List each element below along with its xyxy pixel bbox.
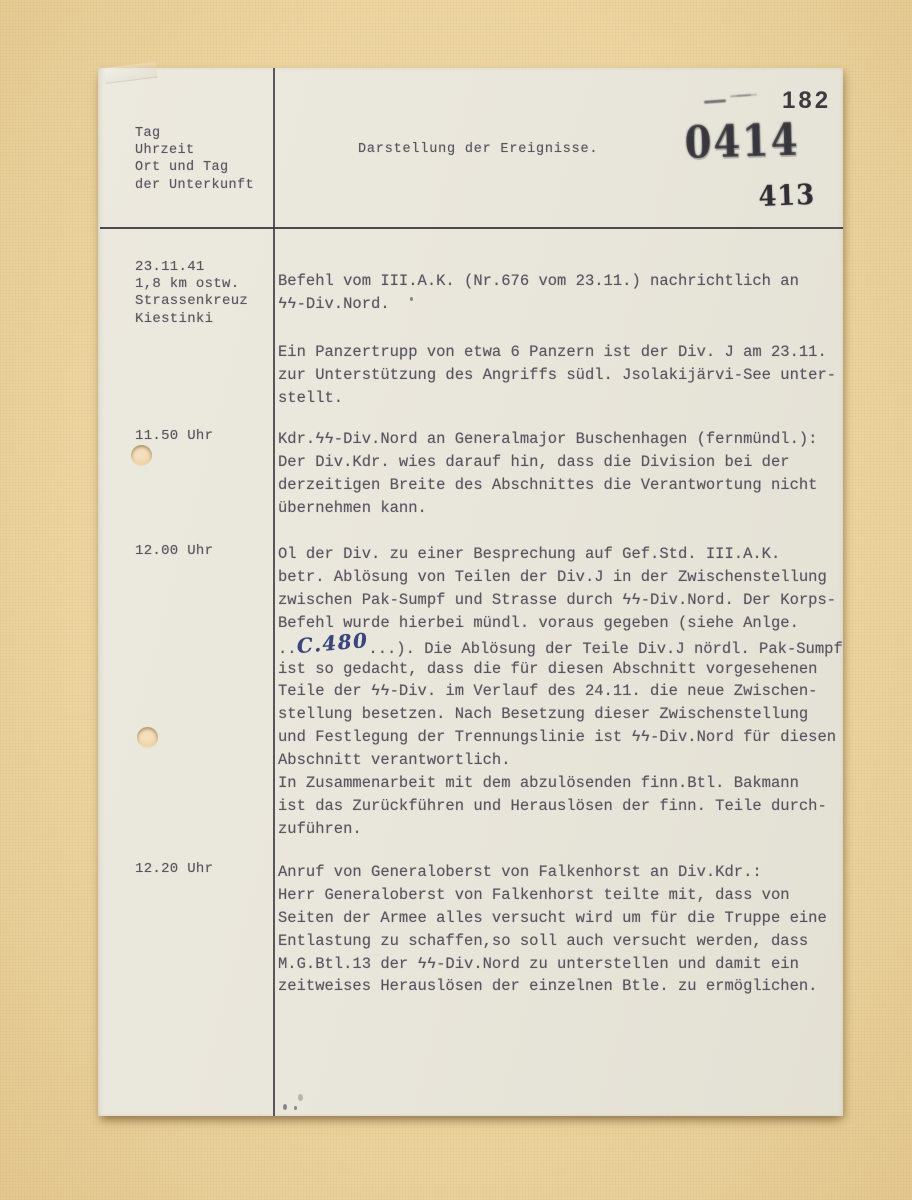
text-line: Entlastung zu schaffen,so soll auch vers… [278,930,827,953]
text-line: Kiestinki [135,311,248,328]
entry-date-location: 23.11.411,8 km ostw.StrassenkreuzKiestin… [135,259,248,328]
text-line: M.G.Btl.13 der ϟϟ-Div.Nord zu unterstell… [278,953,827,976]
punch-hole-top [131,445,152,466]
text-line: Tag [135,125,254,142]
text-line: zur Unterstützung des Angriffs südl. Jso… [278,364,836,387]
text-line: Ort und Tag [135,159,254,176]
entry-time: 11.50 Uhr [135,428,213,445]
entry-text: Befehl vom III.A.K. (Nr.676 vom 23.11.) … [278,270,799,316]
entry-text: Ein Panzertrupp von etwa 6 Panzern ist d… [278,341,836,410]
text-line: 1,8 km ostw. [135,276,248,293]
column-header-left: TagUhrzeitOrt und Tagder Unterkunft [135,125,254,194]
entry-text: Anruf von Generaloberst von Falkenhorst … [278,861,827,998]
text-line: betr. Ablösung von Teilen der Div.J in d… [278,566,836,589]
text-line: Teile der ϟϟ-Div. im Verlauf des 24.11. … [278,680,836,703]
text-line: ist das Zurückführen und Herauslösen der… [278,795,836,818]
page-number: 182 [782,87,831,115]
handwritten-annex-number: C.480 [295,629,369,658]
ink-speck [283,1104,287,1110]
text-line: zwischen Pak-Sumpf und Strasse durch ϟϟ-… [278,589,836,612]
scan-background: TagUhrzeitOrt und Tagder Unterkunft Dars… [0,0,912,1200]
entry-text: Kdr.ϟϟ-Div.Nord an Generalmajor Buschenh… [278,428,818,520]
typed-dots-after: ...). Die Ablösung der Teile Div.J nördl… [368,640,842,658]
text-line: 12.20 Uhr [135,861,213,878]
text-line: 12.00 Uhr [135,543,213,560]
column-divider-line [273,68,275,1116]
text-line: übernehmen kann. [278,497,818,520]
stamp-number-small: 413 [758,178,816,213]
text-line: Der Div.Kdr. wies darauf hin, dass die D… [278,451,818,474]
text-line: Ein Panzertrupp von etwa 6 Panzern ist d… [278,341,836,364]
text-line: Abschnitt verantwortlich. [278,749,836,772]
paper-crease [104,62,158,84]
text-line: Anruf von Generaloberst von Falkenhorst … [278,861,827,884]
text-line: stellt. [278,387,836,410]
entry-text: Ol der Div. zu einer Besprechung auf Gef… [278,543,836,635]
text-line: ϟϟ-Div.Nord. [278,293,799,316]
ink-speck [298,1094,303,1101]
text-line: der Unterkunft [135,177,254,194]
text-line: 23.11.41 [135,259,248,276]
entry-time: 12.00 Uhr [135,543,213,560]
text-line: derzeitigen Breite des Abschnittes die V… [278,474,818,497]
text-line: zuführen. [278,818,836,841]
entry-text-with-annotation: ..C.480...). Die Ablösung der Teile Div.… [278,635,843,658]
text-line: stellung besetzen. Nach Besetzung dieser… [278,703,836,726]
text-line: 11.50 Uhr [135,428,213,445]
text-line: Kdr.ϟϟ-Div.Nord an Generalmajor Buschenh… [278,428,818,451]
document-page: TagUhrzeitOrt und Tagder Unterkunft Dars… [98,68,843,1116]
entry-text: ist so gedacht, dass die für diesen Absc… [278,658,836,841]
text-line: und Festlegung der Trennungslinie ist ϟϟ… [278,726,836,749]
text-line: In Zusammenarbeit mit dem abzulösenden f… [278,772,836,795]
text-line: Uhrzeit [135,142,254,159]
ink-smudge [704,99,726,104]
stamp-number-large: 0414 [684,115,800,169]
column-header-events: Darstellung der Ereignisse. [358,142,598,157]
text-line: ist so gedacht, dass die für diesen Absc… [278,658,836,681]
typed-dots-before: .. [278,640,297,658]
text-line: Strassenkreuz [135,293,248,310]
text-line: zeitweises Herauslösen der einzelnen Btl… [278,975,827,998]
text-line: Seiten der Armee alles versucht wird um … [278,907,827,930]
ink-speck [410,297,413,301]
header-divider-line [100,227,843,229]
text-line: Ol der Div. zu einer Besprechung auf Gef… [278,543,836,566]
punch-hole-bottom [137,727,158,748]
text-line: Befehl vom III.A.K. (Nr.676 vom 23.11.) … [278,270,799,293]
ink-speck [294,1106,297,1110]
entry-time: 12.20 Uhr [135,861,213,878]
text-line: Herr Generaloberst von Falkenhorst teilt… [278,884,827,907]
